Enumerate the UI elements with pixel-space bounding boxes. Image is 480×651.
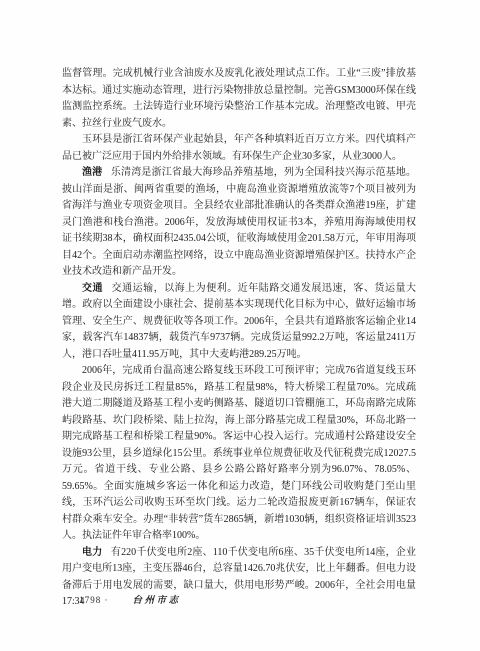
paragraph-text: 监督管理。完成机械行业含油废水及废乳化液处理试点工作。工业“三废”排放基本达标。…: [62, 68, 416, 129]
paragraph-road-projects-2006: 2006年，完成甬台温高速公路复线玉环段工可预评审；完成76省道复线玉环段企业及…: [62, 363, 416, 545]
paragraph-yuhuan-env-industry: 玉环县是浙江省环保产业起始县，年产各种填料近百万立方米。四代填料产品已被广泛应用…: [62, 132, 416, 165]
paragraph-fishing-port: 渔港乐清湾是浙江省最大海珍品养殖基地，列为全国科技兴海示范基地。披山洋面是浙、闽…: [62, 165, 416, 281]
section-heading-transportation: 交通: [82, 283, 103, 294]
scanned-book-page: 监督管理。完成机械行业含油废水及废乳化液处理试点工作。工业“三废”排放基本达标。…: [0, 0, 480, 651]
paragraph-text: 乐清湾是浙江省最大海珍品养殖基地，列为全国科技兴海示范基地。披山洋面是浙、闽两省…: [62, 167, 416, 277]
page-text-block: 监督管理。完成机械行业含油废水及废乳化液处理试点工作。工业“三废”排放基本达标。…: [62, 66, 416, 611]
paragraph-transportation: 交通交通运输，以海上为便利。近年陆路交通发展迅速，客、货运量大增。政府以全面建设…: [62, 281, 416, 364]
page-number: · 1798 ·: [72, 595, 109, 605]
paragraph-text: 玉环县是浙江省环保产业起始县，年产各种填料近百万立方米。四代填料产品已被广泛应用…: [62, 134, 416, 162]
page-footer: · 1798 ·台州市志: [72, 592, 181, 606]
section-heading-fishing-port: 渔港: [82, 167, 102, 178]
book-title: 台州市志: [133, 596, 181, 606]
section-heading-electric-power: 电力: [82, 547, 102, 558]
paragraph-text: 2006年，完成甬台温高速公路复线玉环段工可预评审；完成76省道复线玉环段企业及…: [62, 365, 416, 541]
paragraph-environment-continuation: 监督管理。完成机械行业含油废水及废乳化液处理试点工作。工业“三废”排放基本达标。…: [62, 66, 416, 132]
paragraph-text: 交通运输，以海上为便利。近年陆路交通发展迅速，客、货运量大增。政府以全面建设小康…: [62, 283, 416, 360]
